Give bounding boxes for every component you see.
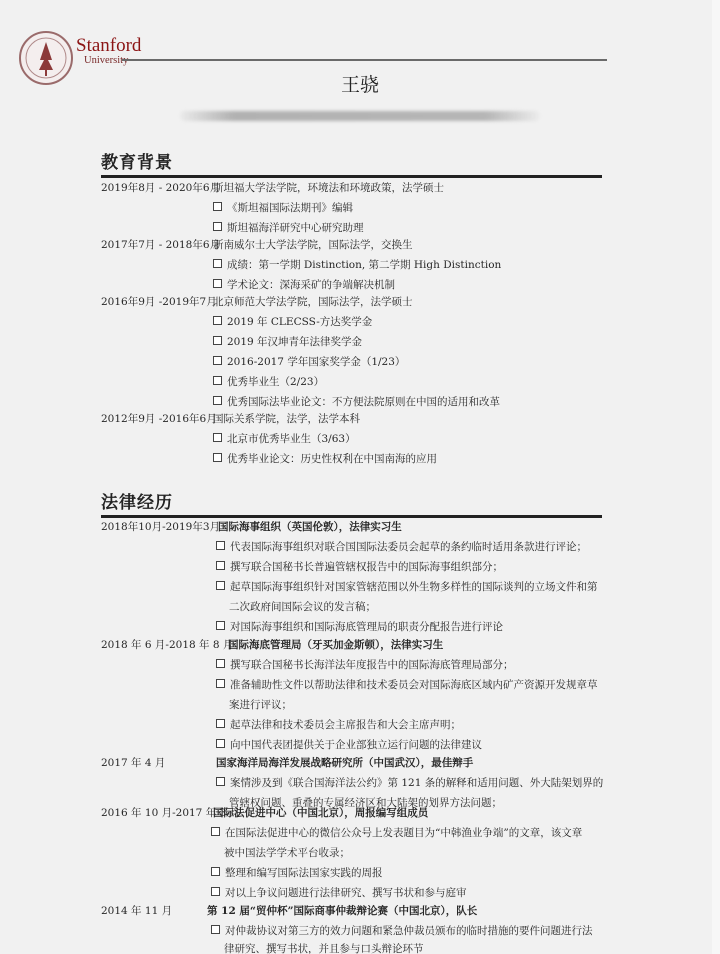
checkbox-bullet-icon (216, 719, 225, 728)
legal-item-continued: 案进行评议； (229, 698, 292, 712)
legal-item: 起草国际海事组织针对国家管辖范围以外生物多样性的国际谈判的立场文件和第 (216, 580, 598, 594)
legal-date-5: 2014 年 11 月 (101, 904, 172, 918)
legal-org-4: 国际法促进中心（中国北京），周报编写组成员 (213, 806, 428, 820)
legal-item: 准备辅助性文件以帮助法律和技术委员会对国际海底区域内矿产资源开发规章草 (216, 678, 598, 692)
checkbox-bullet-icon (213, 336, 222, 345)
legal-section-title: 法律经历 (101, 488, 173, 513)
checkbox-bullet-icon (216, 621, 225, 630)
checkbox-bullet-icon (213, 222, 222, 231)
edu-item: 优秀毕业论文：历史性权利在中国南海的应用 (213, 452, 437, 466)
legal-item: 撰写联合国秘书长普遍管辖权报告中的国际海事组织部分； (216, 560, 503, 574)
checkbox-bullet-icon (213, 376, 222, 385)
edu-date-2: 2017年7月 - 2018年6月 (101, 238, 220, 252)
legal-item-continued: 被中国法学学术平台收录； (224, 846, 350, 860)
page-edge (712, 0, 720, 954)
checkbox-bullet-icon (216, 679, 225, 688)
checkbox-bullet-icon (216, 777, 225, 786)
checkbox-bullet-icon (216, 561, 225, 570)
legal-date-2: 2018 年 6 月-2018 年 8 月 (101, 638, 233, 652)
edu-item: 斯坦福海洋研究中心研究助理 (213, 221, 364, 235)
legal-org-1: 国际海事组织（英国伦敦），法律实习生 (218, 520, 402, 534)
checkbox-bullet-icon (213, 202, 222, 211)
edu-org-2: 新南威尔士大学法学院，国际法学，交换生 (213, 238, 413, 252)
edu-item: 《斯坦福国际法期刊》编辑 (213, 201, 353, 215)
legal-item: 起草法律和技术委员会主席报告和大会主席声明； (216, 718, 461, 732)
legal-org-2: 国际海底管理局（牙买加金斯顿），法律实习生 (228, 638, 443, 652)
checkbox-bullet-icon (216, 739, 225, 748)
header-divider (122, 59, 607, 61)
checkbox-bullet-icon (213, 453, 222, 462)
legal-item: 对以上争议问题进行法律研究、撰写书状和参与庭审 (211, 886, 467, 900)
legal-item: 整理和编写国际法国家实践的周报 (211, 866, 383, 880)
edu-date-4: 2012年9月 -2016年6月 (101, 412, 217, 426)
legal-divider (101, 515, 602, 518)
edu-item: 成绩：第一学期 Distinction, 第二学期 High Distincti… (213, 258, 501, 272)
person-name: 王骁 (0, 70, 720, 97)
edu-item: 2016-2017 学年国家奖学金（1/23） (213, 355, 405, 369)
decorative-shadow-bar (180, 111, 540, 121)
edu-item: 2019 年汉坤青年法律奖学金 (213, 335, 362, 349)
checkbox-bullet-icon (211, 867, 220, 876)
checkbox-bullet-icon (211, 887, 220, 896)
edu-item: 2019 年 CLECSS-方达奖学金 (213, 315, 372, 329)
legal-item: 案情涉及到《联合国海洋法公约》第 121 条的解释和适用问题、外大陆架划界的 (216, 776, 603, 790)
education-divider (101, 175, 602, 178)
logo-name: Stanford (76, 36, 141, 55)
edu-org-3: 北京师范大学法学院，国际法学，法学硕士 (213, 295, 413, 309)
checkbox-bullet-icon (216, 541, 225, 550)
legal-date-3: 2017 年 4 月 (101, 756, 165, 770)
legal-item: 对国际海事组织和国际海底管理局的职责分配报告进行评论 (216, 620, 503, 634)
legal-item: 对仲裁协议对第三方的效力问题和紧急仲裁员颁布的临时措施的要件问题进行法 (211, 924, 593, 938)
checkbox-bullet-icon (213, 396, 222, 405)
legal-item-continued: 律研究、撰写书状，并且参与口头辩论环节 (224, 942, 424, 954)
legal-item: 向中国代表团提供关于企业部独立运行问题的法律建议 (216, 738, 482, 752)
edu-item: 学术论文：深海采矿的争端解决机制 (213, 278, 395, 292)
legal-org-3: 国家海洋局海洋发展战略研究所（中国武汉），最佳辩手 (216, 756, 473, 770)
checkbox-bullet-icon (216, 581, 225, 590)
legal-org-5: 第 12 届“贸仲杯”国际商事仲裁辩论赛（中国北京），队长 (207, 904, 477, 918)
edu-date-1: 2019年8月 - 2020年6月 (101, 181, 220, 195)
checkbox-bullet-icon (213, 316, 222, 325)
edu-date-3: 2016年9月 -2019年7月 (101, 295, 217, 309)
edu-item: 北京市优秀毕业生（3/63） (213, 432, 356, 446)
edu-item: 优秀国际法毕业论文：不方便法院原则在中国的适用和改革 (213, 395, 500, 409)
legal-date-1: 2018年10月-2019年3月 (101, 520, 220, 534)
legal-item: 在国际法促进中心的微信公众号上发表题目为“中韩渔业争端”的文章，该文章 (211, 826, 582, 840)
checkbox-bullet-icon (213, 259, 222, 268)
checkbox-bullet-icon (216, 659, 225, 668)
legal-item-continued: 二次政府间国际会议的发言稿； (229, 600, 376, 614)
logo-sub: University (84, 55, 141, 66)
checkbox-bullet-icon (213, 433, 222, 442)
edu-item: 优秀毕业生（2/23） (213, 375, 324, 389)
stanford-wordmark: Stanford University (76, 36, 141, 66)
education-section-title: 教育背景 (101, 148, 173, 173)
legal-item: 代表国际海事组织对联合国国际法委员会起草的条约临时适用条款进行评论； (216, 540, 587, 554)
edu-org-4: 国际关系学院，法学，法学本科 (213, 412, 360, 426)
checkbox-bullet-icon (213, 279, 222, 288)
legal-item: 撰写联合国秘书长海洋法年度报告中的国际海底管理局部分； (216, 658, 514, 672)
checkbox-bullet-icon (211, 827, 220, 836)
checkbox-bullet-icon (213, 356, 222, 365)
checkbox-bullet-icon (211, 925, 220, 934)
edu-org-1: 斯坦福大学法学院，环境法和环境政策，法学硕士 (213, 181, 444, 195)
